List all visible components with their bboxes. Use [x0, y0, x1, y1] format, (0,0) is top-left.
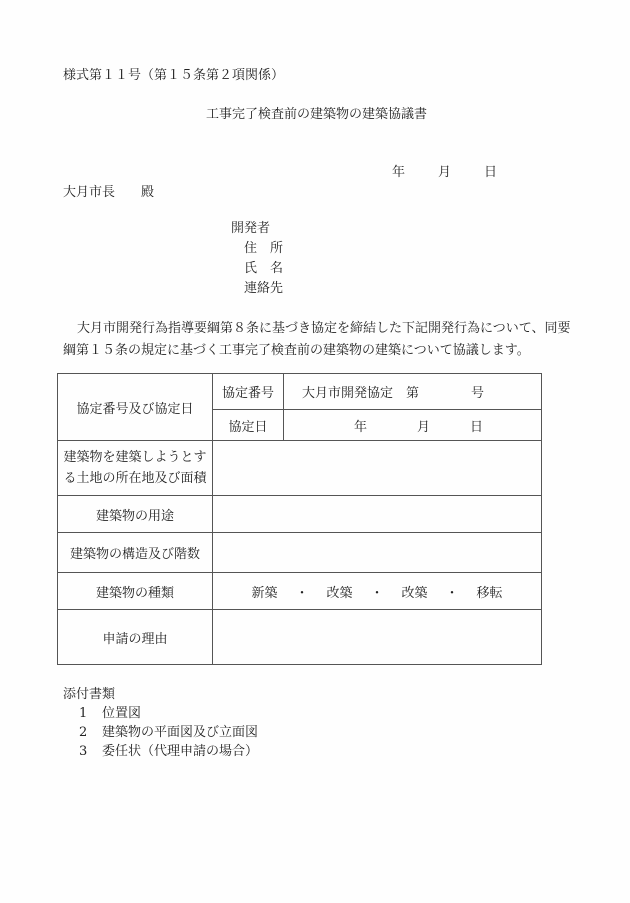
attachment-label: 位置図 — [102, 706, 141, 721]
building-type-options: 新築・改築・改築・移転 — [213, 573, 542, 610]
addressee: 大月市長殿 — [63, 181, 154, 200]
body-line-1: 大月市開発行為指導要綱第８条に基づき協定を締結した下記開発行為について、同要 — [63, 318, 573, 340]
building-structure-label: 建築物の構造及び階数 — [58, 533, 213, 573]
type-separator: ・ — [446, 586, 459, 601]
agreement-number-suffix: 号 — [471, 386, 484, 401]
attachments-heading: 添付書類 — [63, 685, 258, 704]
body-paragraph: 大月市開発行為指導要綱第８条に基づき協定を締結した下記開発行為について、同要 綱… — [63, 318, 573, 362]
attachment-number: 1 — [79, 704, 102, 723]
type-separator: ・ — [370, 586, 383, 601]
date-month-label: 月 — [438, 161, 451, 180]
reason-label: 申請の理由 — [58, 610, 213, 665]
reason-field[interactable] — [213, 610, 542, 665]
date-day-label: 日 — [484, 161, 497, 180]
attachment-item: 2建築物の平面図及び立面図 — [63, 723, 258, 742]
type-option-relocate[interactable]: 移転 — [477, 586, 503, 601]
agreement-date-day: 日 — [470, 420, 483, 435]
date-year-label: 年 — [392, 161, 405, 180]
agreement-number-field[interactable]: 大月市開発協定 第号 — [284, 374, 542, 410]
developer-address-field[interactable]: 住 所 — [231, 239, 283, 259]
type-option-new[interactable]: 新築 — [251, 586, 277, 601]
agreement-form-table: 協定番号及び協定日 協定番号 大月市開発協定 第号 協定日 年月日 建築物を建築… — [57, 373, 542, 665]
body-line-2: 綱第１５条の規定に基づく工事完了検査前の建築物の建築について協議します。 — [63, 340, 573, 362]
land-location-label: 建築物を建築しようとす る土地の所在地及び面積 — [58, 441, 213, 496]
agreement-number-prefix: 大月市開発協定 第 — [302, 386, 419, 401]
attachments-block: 添付書類 1位置図 2建築物の平面図及び立面図 3委任状（代理申請の場合） — [63, 685, 258, 761]
agreement-date-month: 月 — [417, 420, 430, 435]
attachment-label: 委任状（代理申請の場合） — [102, 744, 258, 759]
attachment-number: 3 — [79, 742, 102, 761]
developer-name-field[interactable]: 氏 名 — [231, 259, 283, 279]
agreement-date-year: 年 — [354, 420, 367, 435]
land-location-field[interactable] — [213, 441, 542, 496]
agreement-number-label: 協定番号 — [213, 374, 284, 410]
land-label-line-2: る土地の所在地及び面積 — [58, 468, 212, 489]
attachment-label: 建築物の平面図及び立面図 — [102, 725, 258, 740]
addressee-honorific: 殿 — [141, 185, 154, 200]
document-title: 工事完了検査前の建築物の建築協議書 — [206, 103, 427, 122]
addressee-name: 大月市長 — [63, 185, 115, 200]
attachment-item: 3委任状（代理申請の場合） — [63, 742, 258, 761]
building-use-label: 建築物の用途 — [58, 496, 213, 533]
developer-block: 開発者 住 所 氏 名 連絡先 — [231, 219, 283, 299]
agreement-header-cell: 協定番号及び協定日 — [58, 374, 213, 441]
building-use-field[interactable] — [213, 496, 542, 533]
type-option-rebuild-2[interactable]: 改築 — [402, 586, 428, 601]
type-separator: ・ — [295, 586, 308, 601]
developer-contact-field[interactable]: 連絡先 — [231, 279, 283, 299]
agreement-date-field[interactable]: 年月日 — [284, 410, 542, 441]
building-structure-field[interactable] — [213, 533, 542, 573]
type-option-rebuild[interactable]: 改築 — [326, 586, 352, 601]
agreement-date-label: 協定日 — [213, 410, 284, 441]
form-number: 様式第１１号（第１５条第２項関係） — [63, 64, 284, 83]
attachment-item: 1位置図 — [63, 704, 258, 723]
developer-heading: 開発者 — [231, 219, 283, 239]
land-label-line-1: 建築物を建築しようとす — [58, 447, 212, 468]
building-type-label: 建築物の種類 — [58, 573, 213, 610]
attachment-number: 2 — [79, 723, 102, 742]
